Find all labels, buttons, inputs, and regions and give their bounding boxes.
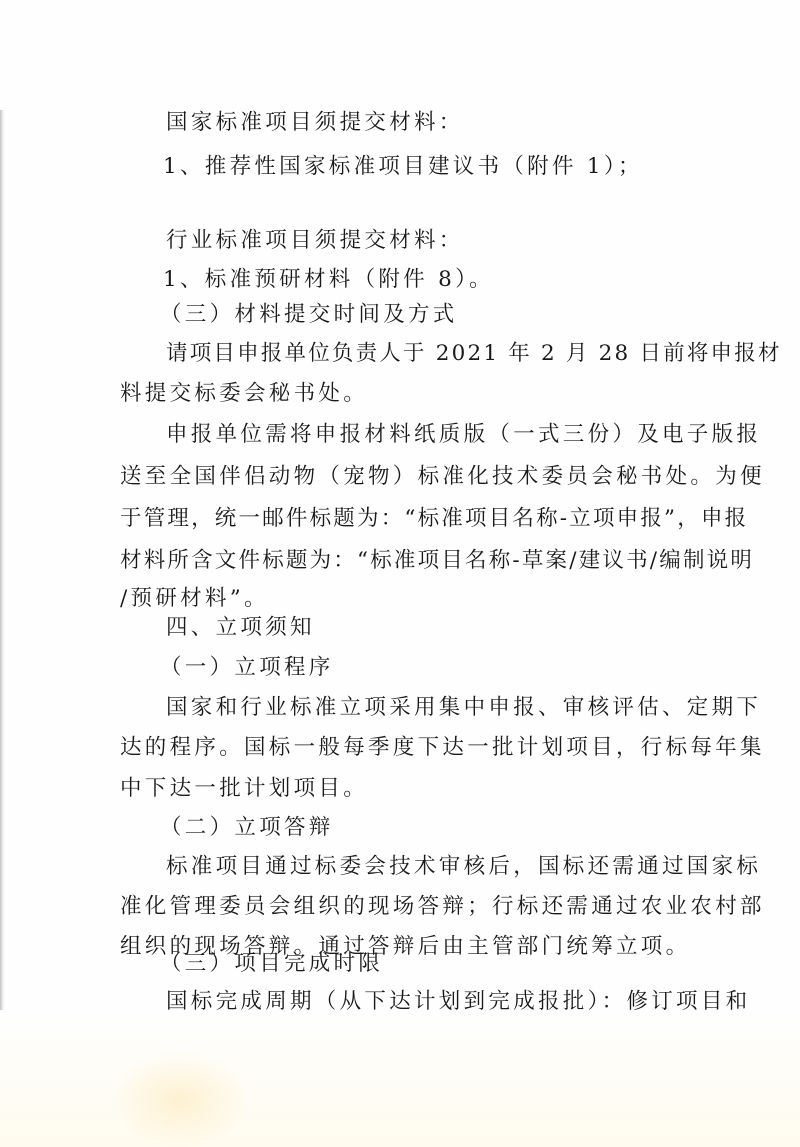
paragraph-deadline-line-1: 请项目申报单位负责人于 2021 年 2 月 28 日前将申报材 [166,339,782,369]
paragraph-procedure-line-3: 中下达一批计划项目。 [120,774,368,804]
paragraph-procedure-line-1: 国家和行业标准立项采用集中申报、审核评估、定期下 [166,693,761,723]
section-submission-time-heading: （三）材料提交时间及方式 [160,300,458,330]
paragraph-submission-line-2: 送至全国伴侣动物（宠物）标准化技术委员会秘书处。为便 [120,462,765,492]
page-bottom-tint [0,1010,800,1147]
paragraph-submission-line-1: 申报单位需将申报材料纸质版（一式三份）及电子版报 [166,420,761,450]
scanned-document-page: 国家标准项目须提交材料： 1、推荐性国家标准项目建议书（附件 1）； 行业标准项… [0,0,800,1147]
light-glare [110,1050,250,1147]
paragraph-deadline-line-2: 料提交标委会秘书处。 [120,379,368,409]
paragraph-time-limit-line-1: 国标完成周期（从下达计划到完成报批）：修订项目和 [166,987,750,1017]
paragraph-submission-line-5: /预研材料”。 [120,584,269,614]
paragraph-procedure-line-2: 达的程序。国标一般每季度下达一批计划项目，行标每年集 [120,733,765,763]
subsection-defense-heading: （二）立项答辩 [160,813,334,843]
national-standard-item-1: 1、推荐性国家标准项目建议书（附件 1）； [163,152,643,182]
paragraph-defense-line-2: 准化管理委员会组织的现场答辩；行标还需通过农业农村部 [120,892,765,922]
paragraph-defense-line-1: 标准项目通过标委会技术审核后，国标还需通过国家标 [166,852,761,882]
industry-standard-materials-heading: 行业标准项目须提交材料： [166,226,464,256]
industry-standard-item-1: 1、标准预研材料（附件 8）。 [163,265,494,295]
subsection-time-limit-heading: （三）项目完成时限 [160,949,383,979]
subsection-procedure-heading: （一）立项程序 [160,653,334,683]
national-standard-materials-heading: 国家标准项目须提交材料： [166,108,464,138]
paragraph-submission-line-4: 材料所含文件标题为：“标准项目名称-草案/建议书/编制说明 [120,546,754,576]
section-four-heading: 四、立项须知 [166,613,315,643]
paragraph-submission-line-3: 于管理，统一邮件标题为：“标准项目名称-立项申报”，申报 [120,504,748,534]
page-edge-shadow [0,110,5,1010]
